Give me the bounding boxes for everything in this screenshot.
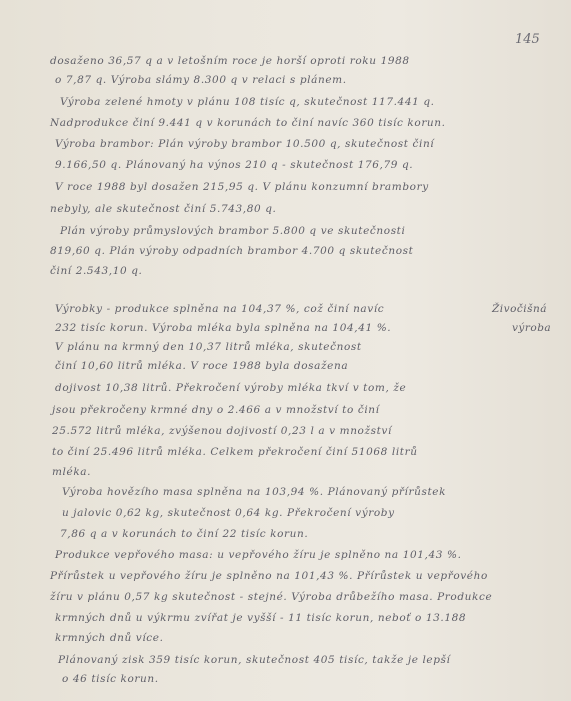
text-line: Přírůstek u vepřového žíru je splněno na… (50, 570, 488, 582)
text-line: dosaženo 36,57 q a v letošním roce je ho… (50, 55, 410, 67)
text-line: Výroba brambor: Plán výroby brambor 10.5… (55, 138, 434, 150)
text-line: V roce 1988 byl dosažen 215,95 q. V plán… (55, 181, 429, 193)
text-line: jsou překročeny krmné dny o 2.466 a v mn… (52, 404, 380, 416)
text-line: krmných dnů u výkrmu zvířat je vyšší - 1… (55, 612, 466, 624)
text-line: V plánu na krmný den 10,37 litrů mléka, … (55, 341, 362, 353)
text-line: Produkce vepřového masa: u vepřového žír… (55, 549, 462, 561)
text-line: Plánovaný zisk 359 tisíc korun, skutečno… (58, 654, 450, 666)
text-line: 7,86 q a v korunách to činí 22 tisíc kor… (60, 528, 308, 540)
text-line: o 7,87 q. Výroba slámy 8.300 q v relaci … (55, 74, 347, 86)
text-line: žíru v plánu 0,57 kg skutečnost - stejné… (50, 591, 492, 603)
text-line: Plán výroby průmyslových brambor 5.800 q… (60, 225, 405, 237)
text-line: Výrobky - produkce splněna na 104,37 %, … (55, 303, 384, 315)
text-line: o 46 tisíc korun. (62, 673, 159, 685)
text-line: u jalovic 0,62 kg, skutečnost 0,64 kg. P… (62, 507, 395, 519)
text-line: 232 tisíc korun. Výroba mléka byla splně… (55, 322, 391, 334)
text-line: 9.166,50 q. Plánovaný ha výnos 210 q - s… (55, 159, 413, 171)
text-line: dojivost 10,38 litrů. Překročení výroby … (55, 382, 406, 394)
text-line: činí 2.543,10 q. (50, 265, 142, 277)
text-line: mléka. (52, 466, 91, 478)
text-line: to činí 25.496 litrů mléka. Celkem překr… (52, 446, 418, 458)
text-line: Nadprodukce činí 9.441 q v korunách to č… (50, 117, 446, 129)
text-line: Výroba zelené hmoty v plánu 108 tisíc q,… (60, 96, 435, 108)
text-line: 819,60 q. Plán výroby odpadních brambor … (50, 245, 413, 257)
text-line: činí 10,60 litrů mléka. V roce 1988 byla… (55, 360, 348, 372)
text-line: Výroba hovězího masa splněna na 103,94 %… (62, 486, 446, 498)
text-line: krmných dnů více. (55, 632, 164, 644)
page-number: 145 (515, 32, 540, 47)
text-line: nebyly, ale skutečnost činí 5.743,80 q. (50, 203, 276, 215)
margin-note-line: Živočišná (492, 303, 547, 315)
margin-note-line: výroba (512, 322, 551, 334)
handwritten-page: 145 dosaženo 36,57 q a v letošním roce j… (0, 0, 571, 701)
text-line: 25.572 litrů mléka, zvýšenou dojivostí 0… (52, 425, 392, 437)
